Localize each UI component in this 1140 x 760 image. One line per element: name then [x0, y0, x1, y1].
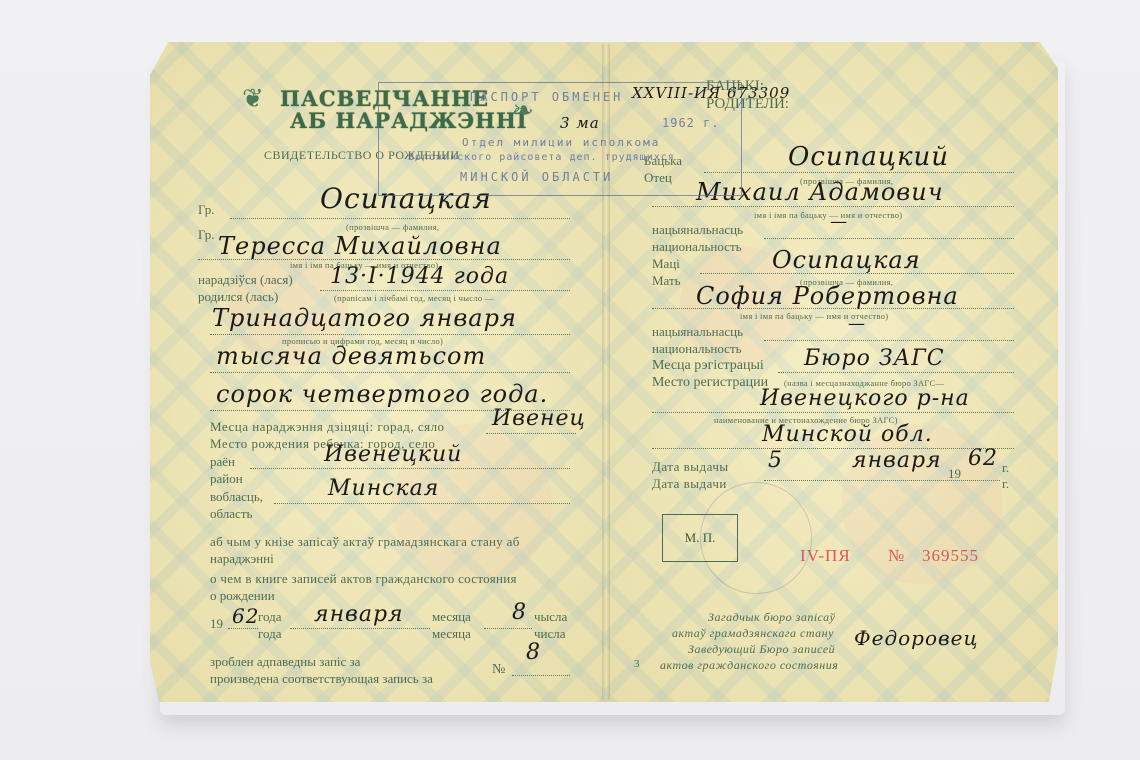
mother-nationality-label-ru: национальность	[652, 341, 742, 357]
issue-month-value: января	[852, 448, 942, 473]
mother-nationality-line	[764, 340, 1014, 341]
issue-day-value: 5	[768, 448, 783, 473]
surname-hint: (прозвішча — фамилия,	[346, 222, 439, 232]
mother-names-line	[652, 308, 1014, 309]
stamp-line2: Отдел милиции исполкома	[462, 136, 660, 149]
issue-year-suffix-2: г.	[1002, 476, 1009, 492]
birth-date-line	[320, 290, 570, 291]
record-month-value: января	[314, 602, 404, 627]
birth-date-words-2: тысяча девятьсот	[216, 342, 486, 370]
mother-surname-line	[700, 273, 1014, 274]
father-names-hint: імя і імя па бацьку — имя и отчество)	[754, 210, 902, 220]
head-title-by-2: актаў грамадзянскага стану	[672, 626, 834, 641]
father-names-line	[652, 206, 1014, 207]
birth-words-line-2	[210, 372, 570, 373]
day-label-by: чысла	[534, 609, 567, 625]
birth-date-numeric: 13·I·1944 года	[330, 264, 509, 289]
registration-value-3: Минской обл.	[762, 422, 933, 447]
birthplace-value: Ивенец	[492, 406, 586, 431]
registration-line-3	[652, 448, 1014, 449]
stamp-line4: МИНСКОЙ ОБЛАСТИ	[460, 170, 613, 184]
registration-label-by: Месца рэгістрацыі	[652, 358, 764, 374]
mother-label-ru: Мать	[652, 273, 681, 289]
region-value: Минская	[328, 476, 439, 501]
record-text-ru-2: о рождении	[210, 588, 275, 604]
birth-date-words-3: сорок четвертого года.	[216, 380, 548, 408]
stamp-passport-series: XXVIII-ИЯ 673309	[632, 84, 790, 102]
citizen-label-ru: Гр.	[198, 227, 214, 243]
record-text-by-2: нараджэнні	[210, 551, 274, 567]
head-title-ru-2: актов гражданского состояния	[660, 658, 838, 673]
issue-date-label-ru: Дата выдачи	[652, 476, 727, 492]
made-record-by: зроблен адпаведны запіс за	[210, 654, 360, 670]
issue-date-label-by: Дата выдачы	[652, 459, 729, 475]
district-line	[250, 468, 570, 469]
birth-date-hint-by: (прапісам і лічбамі год, месяц і чысло —	[334, 293, 494, 303]
registration-line-1	[778, 372, 1014, 373]
district-value: Ивенецкий	[324, 442, 462, 467]
serial-number: 369555	[922, 546, 979, 566]
mother-names-value: София Робертовна	[696, 282, 959, 310]
born-label-ru: родился (лась)	[198, 289, 278, 305]
record-number-line	[512, 675, 570, 676]
father-nationality-value: —	[830, 212, 848, 232]
mother-nationality-label-by: нацыянальнасць	[652, 324, 743, 340]
stamp-line1: ПАСПОРТ ОБМЕНЕН	[470, 90, 623, 104]
mother-surname-value: Осипацкая	[772, 246, 921, 274]
issue-year-value: 62	[968, 446, 998, 471]
signature: Федоровец	[854, 626, 978, 650]
mother-names-hint: імя і імя па бацьку — имя и отчество)	[740, 311, 888, 321]
father-surname-line	[704, 172, 1014, 173]
father-nationality-label-ru: национальность	[652, 239, 742, 255]
record-year-line	[228, 628, 258, 629]
record-text-ru-1: о чем в книге записей актов гражданского…	[210, 571, 517, 587]
record-number-value: 8	[526, 640, 541, 665]
registration-line-2	[652, 412, 1014, 413]
series-code: IV-ПЯ	[800, 546, 851, 566]
record-number-sign: №	[492, 662, 505, 678]
birth-date-words-1: Тринадцатого января	[212, 304, 517, 332]
born-label-by: нарадзіўся (лася)	[198, 272, 293, 288]
stamp-handwritten-date: 3 ма	[560, 114, 600, 132]
record-text-by-1: аб чым у кнізе запісаў актаў грамадзянск…	[210, 534, 520, 550]
stamp-year: 1962 г.	[662, 116, 720, 130]
seal-place-box: М. П.	[662, 514, 738, 562]
registration-label-ru: Место регистрации	[652, 375, 768, 391]
head-title-ru-1: Заведующий Бюро записей	[688, 642, 835, 657]
record-day-value: 8	[512, 600, 527, 625]
print-code: 3	[634, 658, 640, 670]
ornament-left-icon: ❦	[242, 84, 264, 114]
father-surname-value: Осипацкий	[788, 142, 949, 172]
made-record-ru: произведена соответствующая запись за	[210, 671, 433, 687]
district-label-by: раён	[210, 454, 235, 470]
district-label-ru: район	[210, 471, 243, 487]
surname-line	[230, 218, 570, 219]
issue-date-line	[764, 480, 1000, 481]
region-line	[274, 503, 570, 504]
month-label-by: месяца	[432, 609, 471, 625]
year-label-by: года	[258, 609, 282, 625]
record-month-line	[290, 628, 430, 629]
record-day-line	[484, 628, 532, 629]
mother-label-by: Маці	[652, 256, 680, 272]
father-nationality-line	[764, 238, 1014, 239]
serial-number-sign: №	[888, 546, 905, 566]
registration-value-2: Ивенецкого р-на	[760, 386, 970, 411]
birthplace-label-by: Месца нараджэння дзіцяці: горад, сяло	[210, 419, 445, 435]
year-label-ru: года	[258, 626, 282, 642]
head-title-by-1: Загадчык бюро запісаў	[708, 610, 836, 625]
mother-nationality-value: —	[848, 314, 866, 334]
year-prefix: 19	[210, 616, 223, 632]
record-year-value: 62	[232, 604, 259, 628]
region-label-ru: область	[210, 506, 252, 522]
birth-words-line-1	[210, 334, 570, 335]
month-label-ru: месяца	[432, 626, 471, 642]
issue-year-suffix-1: г.	[1002, 460, 1009, 476]
registration-value-1: Бюро ЗАГС	[804, 346, 945, 371]
father-nationality-label-by: нацыянальнасць	[652, 222, 743, 238]
region-label-by: вобласць,	[210, 489, 263, 505]
given-names-value: Тересса Михайловна	[218, 232, 502, 260]
birthplace-line	[486, 433, 576, 434]
citizen-label-by: Гр.	[198, 202, 214, 218]
stamp-line3: Воложинского райсовета деп. трудящихся	[408, 152, 675, 163]
